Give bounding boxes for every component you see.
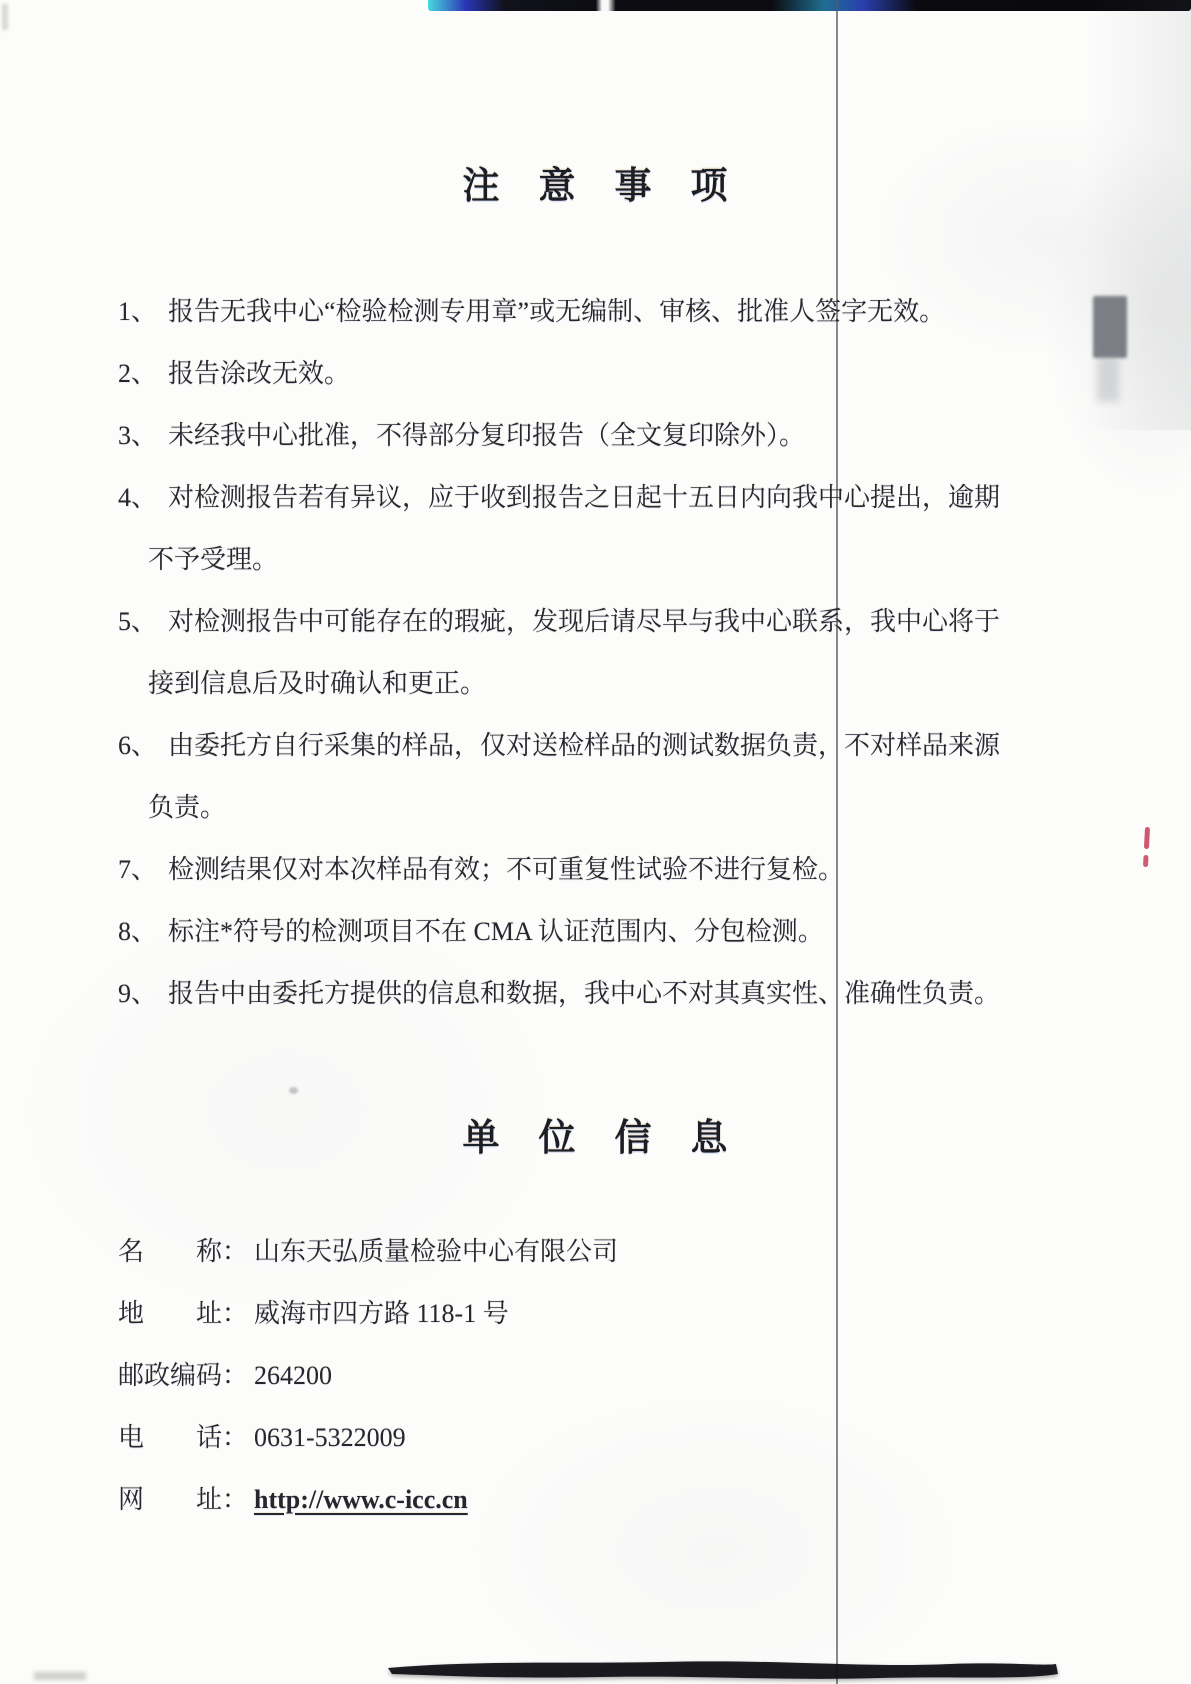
info-label: 电 话： bbox=[118, 1407, 248, 1469]
top-scan-artifact-bar bbox=[428, 0, 1191, 11]
notes-heading: 注 意 事 项 bbox=[0, 155, 1191, 209]
note-text: 由委托方自行采集的样品，仅对送检样品的测试数据负责，不对样品来源 bbox=[168, 731, 1000, 760]
note-line: 1、报告无我中心“检验检测专用章”或无编制、审核、批准人签字无效。 bbox=[118, 281, 1098, 343]
bottom-scan-artifact-bar bbox=[0, 1648, 1191, 1684]
note-number: 7、 bbox=[118, 839, 168, 901]
note-text: 接到信息后及时确认和更正。 bbox=[148, 669, 486, 698]
red-pen-stroke bbox=[1144, 827, 1150, 849]
notes-list: 1、报告无我中心“检验检测专用章”或无编制、审核、批准人签字无效。 2、报告涂改… bbox=[118, 281, 1098, 1025]
info-label: 邮政编码： bbox=[118, 1345, 248, 1407]
info-value: 威海市四方路 118-1 号 bbox=[254, 1299, 509, 1328]
info-value: 山东天弘质量检验中心有限公司 bbox=[254, 1237, 618, 1266]
note-text: 对检测报告中可能存在的瑕疵，发现后请尽早与我中心联系，我中心将于 bbox=[168, 607, 1000, 636]
scan-smudge bbox=[1093, 296, 1127, 358]
note-number: 1、 bbox=[118, 281, 168, 343]
scan-smudge-soft bbox=[1097, 356, 1119, 402]
note-text: 不予受理。 bbox=[148, 545, 278, 574]
unit-info-block: 名 称：山东天弘质量检验中心有限公司 地 址：威海市四方路 118-1 号 邮政… bbox=[118, 1221, 1018, 1531]
note-number: 6、 bbox=[118, 715, 168, 777]
note-line-continuation: 不予受理。 bbox=[118, 529, 1098, 591]
red-pen-mark bbox=[1143, 827, 1150, 867]
note-line: 4、对检测报告若有异议，应于收到报告之日起十五日内向我中心提出，逾期 bbox=[118, 467, 1098, 529]
note-number: 8、 bbox=[118, 901, 168, 963]
note-text: 标注*符号的检测项目不在 CMA 认证范围内、分包检测。 bbox=[168, 917, 824, 946]
website-url: http://www.c-icc.cn bbox=[254, 1485, 468, 1514]
info-value: 0631-5322009 bbox=[254, 1423, 406, 1452]
info-row-name: 名 称：山东天弘质量检验中心有限公司 bbox=[118, 1221, 1018, 1283]
note-text: 报告涂改无效。 bbox=[168, 359, 350, 388]
note-text: 对检测报告若有异议，应于收到报告之日起十五日内向我中心提出，逾期 bbox=[168, 483, 1000, 512]
note-number: 5、 bbox=[118, 591, 168, 653]
info-label: 网 址： bbox=[118, 1469, 248, 1531]
info-row-postcode: 邮政编码：264200 bbox=[118, 1345, 1018, 1407]
info-row-website: 网 址：http://www.c-icc.cn bbox=[118, 1469, 1018, 1531]
note-text: 检测结果仅对本次样品有效；不可重复性试验不进行复检。 bbox=[168, 855, 844, 884]
note-text: 报告中由委托方提供的信息和数据，我中心不对其真实性、准确性负责。 bbox=[168, 979, 1000, 1008]
note-line: 9、报告中由委托方提供的信息和数据，我中心不对其真实性、准确性负责。 bbox=[118, 963, 1098, 1025]
note-number: 4、 bbox=[118, 467, 168, 529]
red-pen-stroke bbox=[1143, 855, 1149, 867]
note-line: 3、未经我中心批准，不得部分复印报告（全文复印除外）。 bbox=[118, 405, 1098, 467]
dot-speck bbox=[289, 1087, 298, 1094]
note-line: 5、对检测报告中可能存在的瑕疵，发现后请尽早与我中心联系，我中心将于 bbox=[118, 591, 1098, 653]
note-line-continuation: 接到信息后及时确认和更正。 bbox=[118, 653, 1098, 715]
corner-speck bbox=[34, 1672, 86, 1680]
info-label: 名 称： bbox=[118, 1221, 248, 1283]
scanned-report-page: 注 意 事 项 1、报告无我中心“检验检测专用章”或无编制、审核、批准人签字无效… bbox=[0, 0, 1191, 1684]
unit-info-heading: 单 位 信 息 bbox=[0, 1107, 1191, 1161]
note-line: 8、标注*符号的检测项目不在 CMA 认证范围内、分包检测。 bbox=[118, 901, 1098, 963]
note-number: 9、 bbox=[118, 963, 168, 1025]
info-label: 地 址： bbox=[118, 1283, 248, 1345]
corner-speck bbox=[2, 4, 8, 30]
note-text: 未经我中心批准，不得部分复印报告（全文复印除外）。 bbox=[168, 421, 805, 450]
note-line-continuation: 负责。 bbox=[118, 777, 1098, 839]
info-row-phone: 电 话：0631-5322009 bbox=[118, 1407, 1018, 1469]
info-value: 264200 bbox=[254, 1361, 332, 1390]
note-number: 2、 bbox=[118, 343, 168, 405]
note-line: 2、报告涂改无效。 bbox=[118, 343, 1098, 405]
note-text: 报告无我中心“检验检测专用章”或无编制、审核、批准人签字无效。 bbox=[168, 297, 945, 326]
info-row-address: 地 址：威海市四方路 118-1 号 bbox=[118, 1283, 1018, 1345]
note-line: 7、检测结果仅对本次样品有效；不可重复性试验不进行复检。 bbox=[118, 839, 1098, 901]
note-line: 6、由委托方自行采集的样品，仅对送检样品的测试数据负责，不对样品来源 bbox=[118, 715, 1098, 777]
note-text: 负责。 bbox=[148, 793, 226, 822]
note-number: 3、 bbox=[118, 405, 168, 467]
